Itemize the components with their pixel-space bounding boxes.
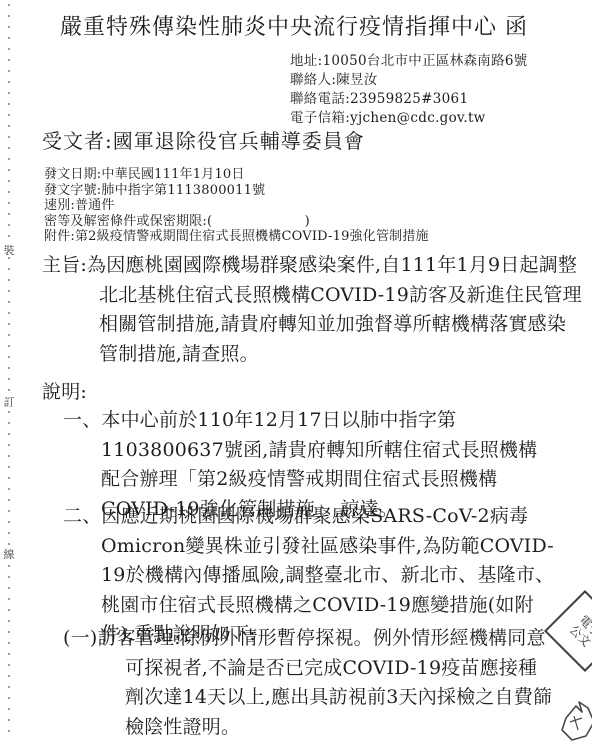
recipient-line: 受文者:國軍退除役官兵輔導委員會: [42, 125, 365, 154]
sender-address: 地址:10050台北市中正區林森南路6號: [290, 52, 528, 71]
sender-info-block: 地址:10050台北市中正區林森南路6號 聯絡人:陳昱汝 聯絡電話:239598…: [290, 52, 528, 128]
binding-char-ding: 訂: [2, 396, 16, 409]
sender-contact-person: 聯絡人:陳昱汝: [290, 71, 528, 90]
sender-phone: 聯絡電話:23959825#3061: [290, 90, 528, 109]
subject-paragraph: 主旨:為因應桃園國際機場群聚感染案件,自111年1月9日起調整北北基桃住宿式長照…: [42, 251, 582, 369]
electronic-document-stamp-text: 電子公文: [566, 612, 592, 650]
explanation-label: 說明:: [42, 378, 87, 408]
meta-security: 密等及解密條件或保密期限:( ): [44, 214, 574, 230]
official-letter-page: 裝 訂 線 嚴重特殊傳染性肺炎中央流行疫情指揮中心 函 地址:10050台北市中…: [0, 0, 592, 744]
explanation-item-2-label: 二、: [63, 505, 101, 527]
document-title: 嚴重特殊傳染性肺炎中央流行疫情指揮中心 函: [60, 10, 560, 41]
meta-priority: 速別:普通件: [44, 198, 574, 214]
subject-text: 為因應桃園國際機場群聚感染案件,自111年1月9日起調整北北基桃住宿式長照機構C…: [87, 254, 582, 365]
binding-char-xian: 線: [2, 548, 16, 561]
meta-issue-date: 發文日期:中華民國111年1月10日: [44, 167, 574, 183]
explanation-item-1-label: 一、: [63, 409, 101, 431]
explanation-subitem-1-label: (一): [63, 627, 97, 649]
binding-dotted-line: [8, 4, 10, 740]
explanation-subitem-1-text: 訪客管理:除例外情形暫停探視。例外情形經機構同意可探視者,不論是否已完成COVI…: [97, 627, 552, 738]
subject-label: 主旨:: [42, 254, 87, 276]
meta-block: 發文日期:中華民國111年1月10日 發文字號:肺中指字第1113800011號…: [44, 167, 574, 245]
meta-doc-number: 發文字號:肺中指字第1113800011號: [44, 183, 574, 199]
corner-stamp-fragment-icon: [552, 696, 592, 744]
explanation-subitem-1: (一)訪客管理:除例外情形暫停探視。例外情形經機構同意可探視者,不論是否已完成C…: [63, 624, 555, 742]
binding-char-zhuang: 裝: [2, 244, 16, 257]
meta-attachment: 附件:第2級疫情警戒期間住宿式長照機構COVID-19強化管制措施: [44, 229, 574, 245]
